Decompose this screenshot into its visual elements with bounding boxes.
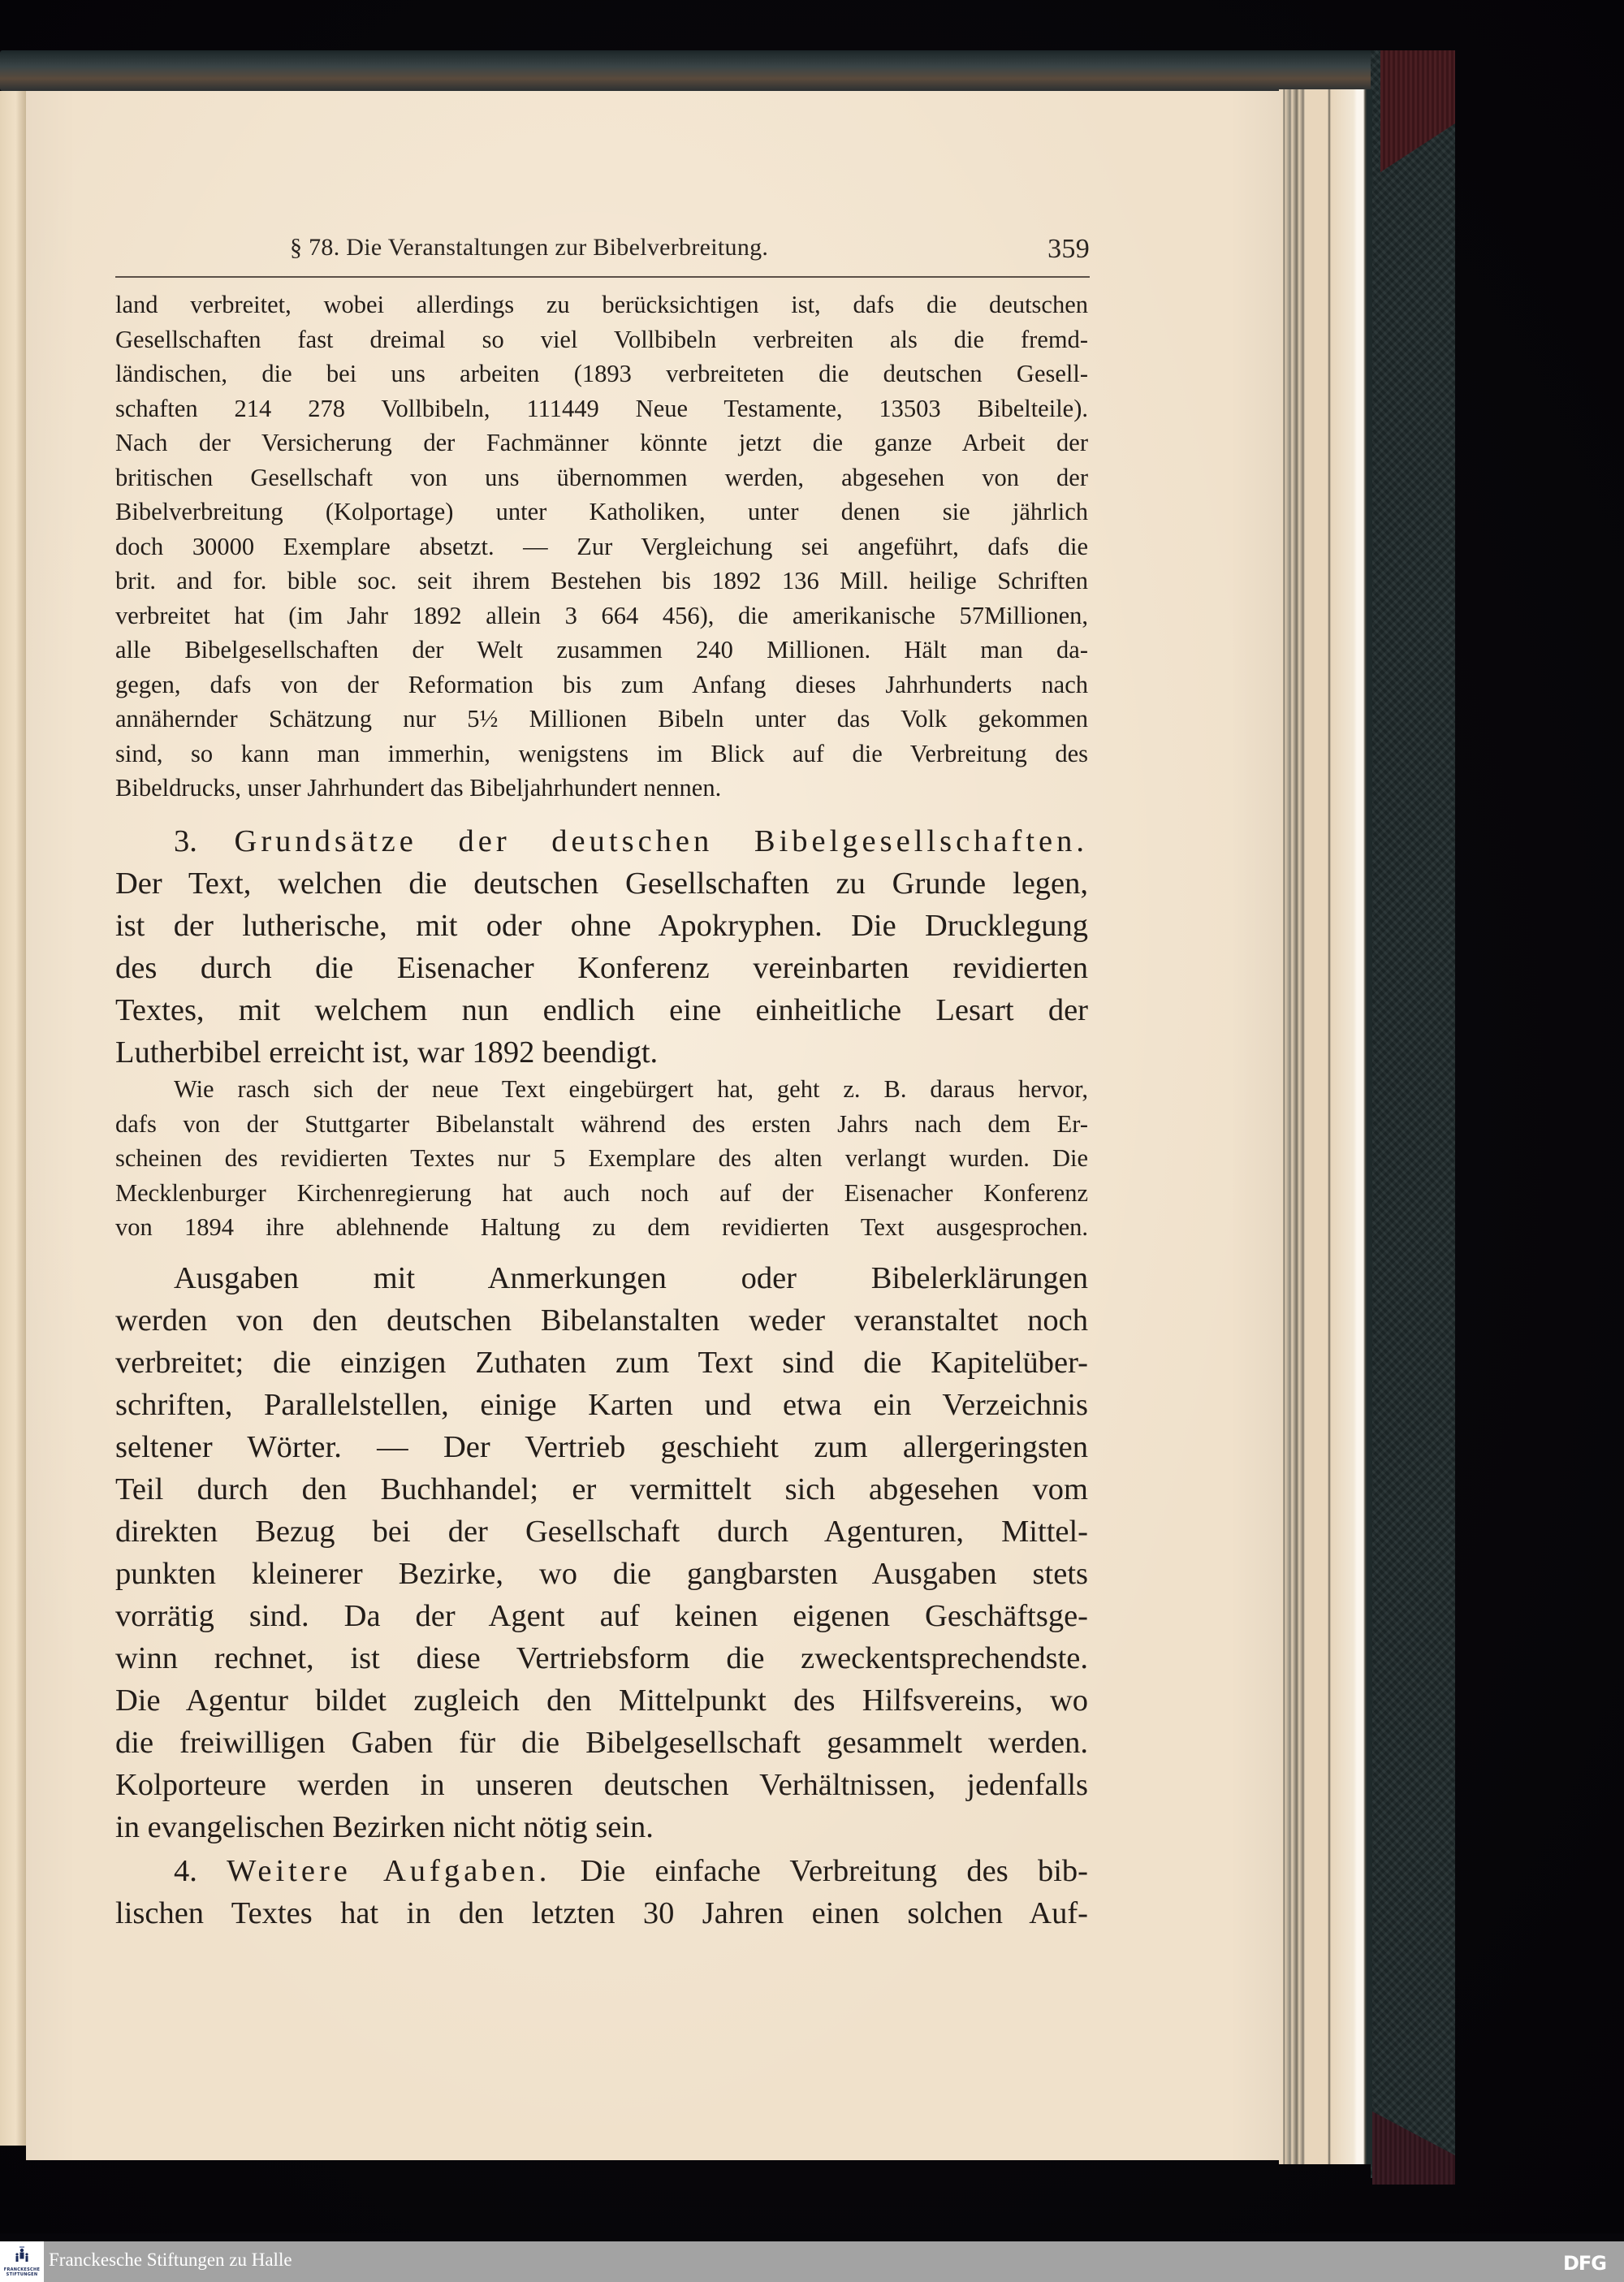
franckesche-figure-icon [15, 2246, 29, 2263]
text-line: Kolporteure werden in unseren deutschen … [115, 1764, 1088, 1806]
text-line: winn rechnet, ist diese Vertriebsform di… [115, 1637, 1088, 1679]
text-line: werden von den deutschen Bibelanstalten … [115, 1299, 1088, 1342]
section-3-note: Wie rasch sich der neue Text eingebürger… [115, 1072, 1088, 1245]
page-edges [1279, 89, 1372, 2164]
text-line: die freiwilligen Gaben für die Bibelgese… [115, 1722, 1088, 1764]
institution-logo[interactable]: FRANCKESCHE STIFTUNGEN [0, 2241, 44, 2282]
text-line: land verbreitet, wobei allerdings zu ber… [115, 287, 1088, 322]
text-line: Der Text, welchen die deutschen Gesellsc… [115, 862, 1088, 905]
text-line: schaften 214 278 Vollbibeln, 111449 Neue… [115, 391, 1088, 426]
dfg-logo[interactable]: DFG [1563, 2252, 1606, 2275]
text-line: Bibeldrucks, unser Jahrhundert das Bibel… [115, 771, 1088, 806]
text-line: Die Agentur bildet zugleich den Mittelpu… [115, 1679, 1088, 1722]
left-gutter [0, 91, 26, 2146]
text-line: Bibelverbreitung (Kolportage) unter Kath… [115, 495, 1088, 529]
text-line: doch 30000 Exemplare absetzt. — Zur Verg… [115, 529, 1088, 564]
text-line: ländischen, die bei uns arbeiten (1893 v… [115, 357, 1088, 391]
text-line: annähernder Schätzung nur 5½ Millionen B… [115, 702, 1088, 737]
paragraph-continuation: land verbreitet, wobei allerdings zu ber… [115, 287, 1088, 806]
text-line: direkten Bezug bei der Gesellschaft durc… [115, 1511, 1088, 1553]
text-line: scheinen des revidierten Textes nur 5 Ex… [115, 1141, 1088, 1176]
institution-name[interactable]: Franckesche Stiftungen zu Halle [49, 2250, 292, 2271]
running-head-title: § 78. Die Veranstaltungen zur Bibelverbr… [290, 234, 768, 261]
text-line: Teil durch den Buchhandel; er vermittelt… [115, 1468, 1088, 1511]
attribution-footer: FRANCKESCHE STIFTUNGEN Franckesche Stift… [0, 2241, 1624, 2282]
text-line: brit. and for. bible soc. seit ihrem Bes… [115, 564, 1088, 599]
text-line: Nach der Versicherung der Fachmänner kön… [115, 426, 1088, 460]
text-line: Gesellschaften fast dreimal so viel Voll… [115, 322, 1088, 357]
page-number: 359 [1047, 234, 1090, 265]
text-line: Textes, mit welchem nun endlich eine ein… [115, 989, 1088, 1031]
text-line: punkten kleinerer Bezirke, wo die gangba… [115, 1553, 1088, 1595]
header-rule [115, 276, 1090, 278]
text-line: Ausgaben mit Anmerkungen oder Bibelerklä… [115, 1257, 1088, 1299]
section-number: 4. [174, 1854, 197, 1888]
text-line: seltener Wörter. — Der Vertrieb geschieh… [115, 1426, 1088, 1468]
text-line: sind, so kann man immerhin, wenigstens i… [115, 737, 1088, 771]
text-line: alle Bibelgesellschaften der Welt zusamm… [115, 633, 1088, 668]
text-line: britischen Gesellschaft von uns übernomm… [115, 460, 1088, 495]
running-head: § 78. Die Veranstaltungen zur Bibelverbr… [115, 234, 1090, 270]
section-3: 3. Grundsätze der deutschen Bibelgesells… [115, 820, 1088, 1074]
section-heading: Weitere Aufgaben. [227, 1854, 551, 1888]
logo-caption: FRANCKESCHE STIFTUNGEN [2, 2267, 42, 2277]
logo-caption-line: STIFTUNGEN [2, 2272, 42, 2277]
section-3-paragraph: Ausgaben mit Anmerkungen oder Bibelerklä… [115, 1257, 1088, 1848]
section-heading: Grundsätze der deutschen Bibelgesellscha… [235, 824, 1088, 858]
text-line: des durch die Eisenacher Konferenz verei… [115, 947, 1088, 989]
text-line: ist der lutherische, mit oder ohne Apokr… [115, 905, 1088, 947]
text-line: gegen, dafs von der Reformation bis zum … [115, 668, 1088, 702]
text-line: vorrätig sind. Da der Agent auf keinen e… [115, 1595, 1088, 1637]
text-line: lischen Textes hat in den letzten 30 Jah… [115, 1892, 1088, 1934]
section-3-heading-line: 3. Grundsätze der deutschen Bibelgesells… [115, 820, 1088, 862]
text-line: verbreitet hat (im Jahr 1892 allein 3 66… [115, 599, 1088, 633]
text-line: schriften, Parallelstellen, einige Karte… [115, 1384, 1088, 1426]
section-number: 3. [174, 824, 197, 858]
book-cover-edge [1371, 50, 1455, 2178]
text-line: verbreitet; die einzigen Zuthaten zum Te… [115, 1342, 1088, 1384]
text-line: Wie rasch sich der neue Text eingebürger… [115, 1072, 1088, 1107]
section-4: 4. Weitere Aufgaben. Die einfache Verbre… [115, 1850, 1088, 1934]
section-4-heading-line: 4. Weitere Aufgaben. Die einfache Verbre… [115, 1850, 1088, 1892]
text-line: Lutherbibel erreicht ist, war 1892 beend… [115, 1031, 1088, 1074]
text-fragment: Die einfache Verbreitung des bib- [581, 1854, 1088, 1888]
text-line: von 1894 ihre ablehnende Haltung zu dem … [115, 1210, 1088, 1245]
book-top-binding [0, 50, 1453, 91]
text-line: in evangelischen Bezirken nicht nötig se… [115, 1806, 1088, 1848]
text-line: dafs von der Stuttgarter Bibelanstalt wä… [115, 1107, 1088, 1142]
text-line: Mecklenburger Kirchenregierung hat auch … [115, 1176, 1088, 1211]
